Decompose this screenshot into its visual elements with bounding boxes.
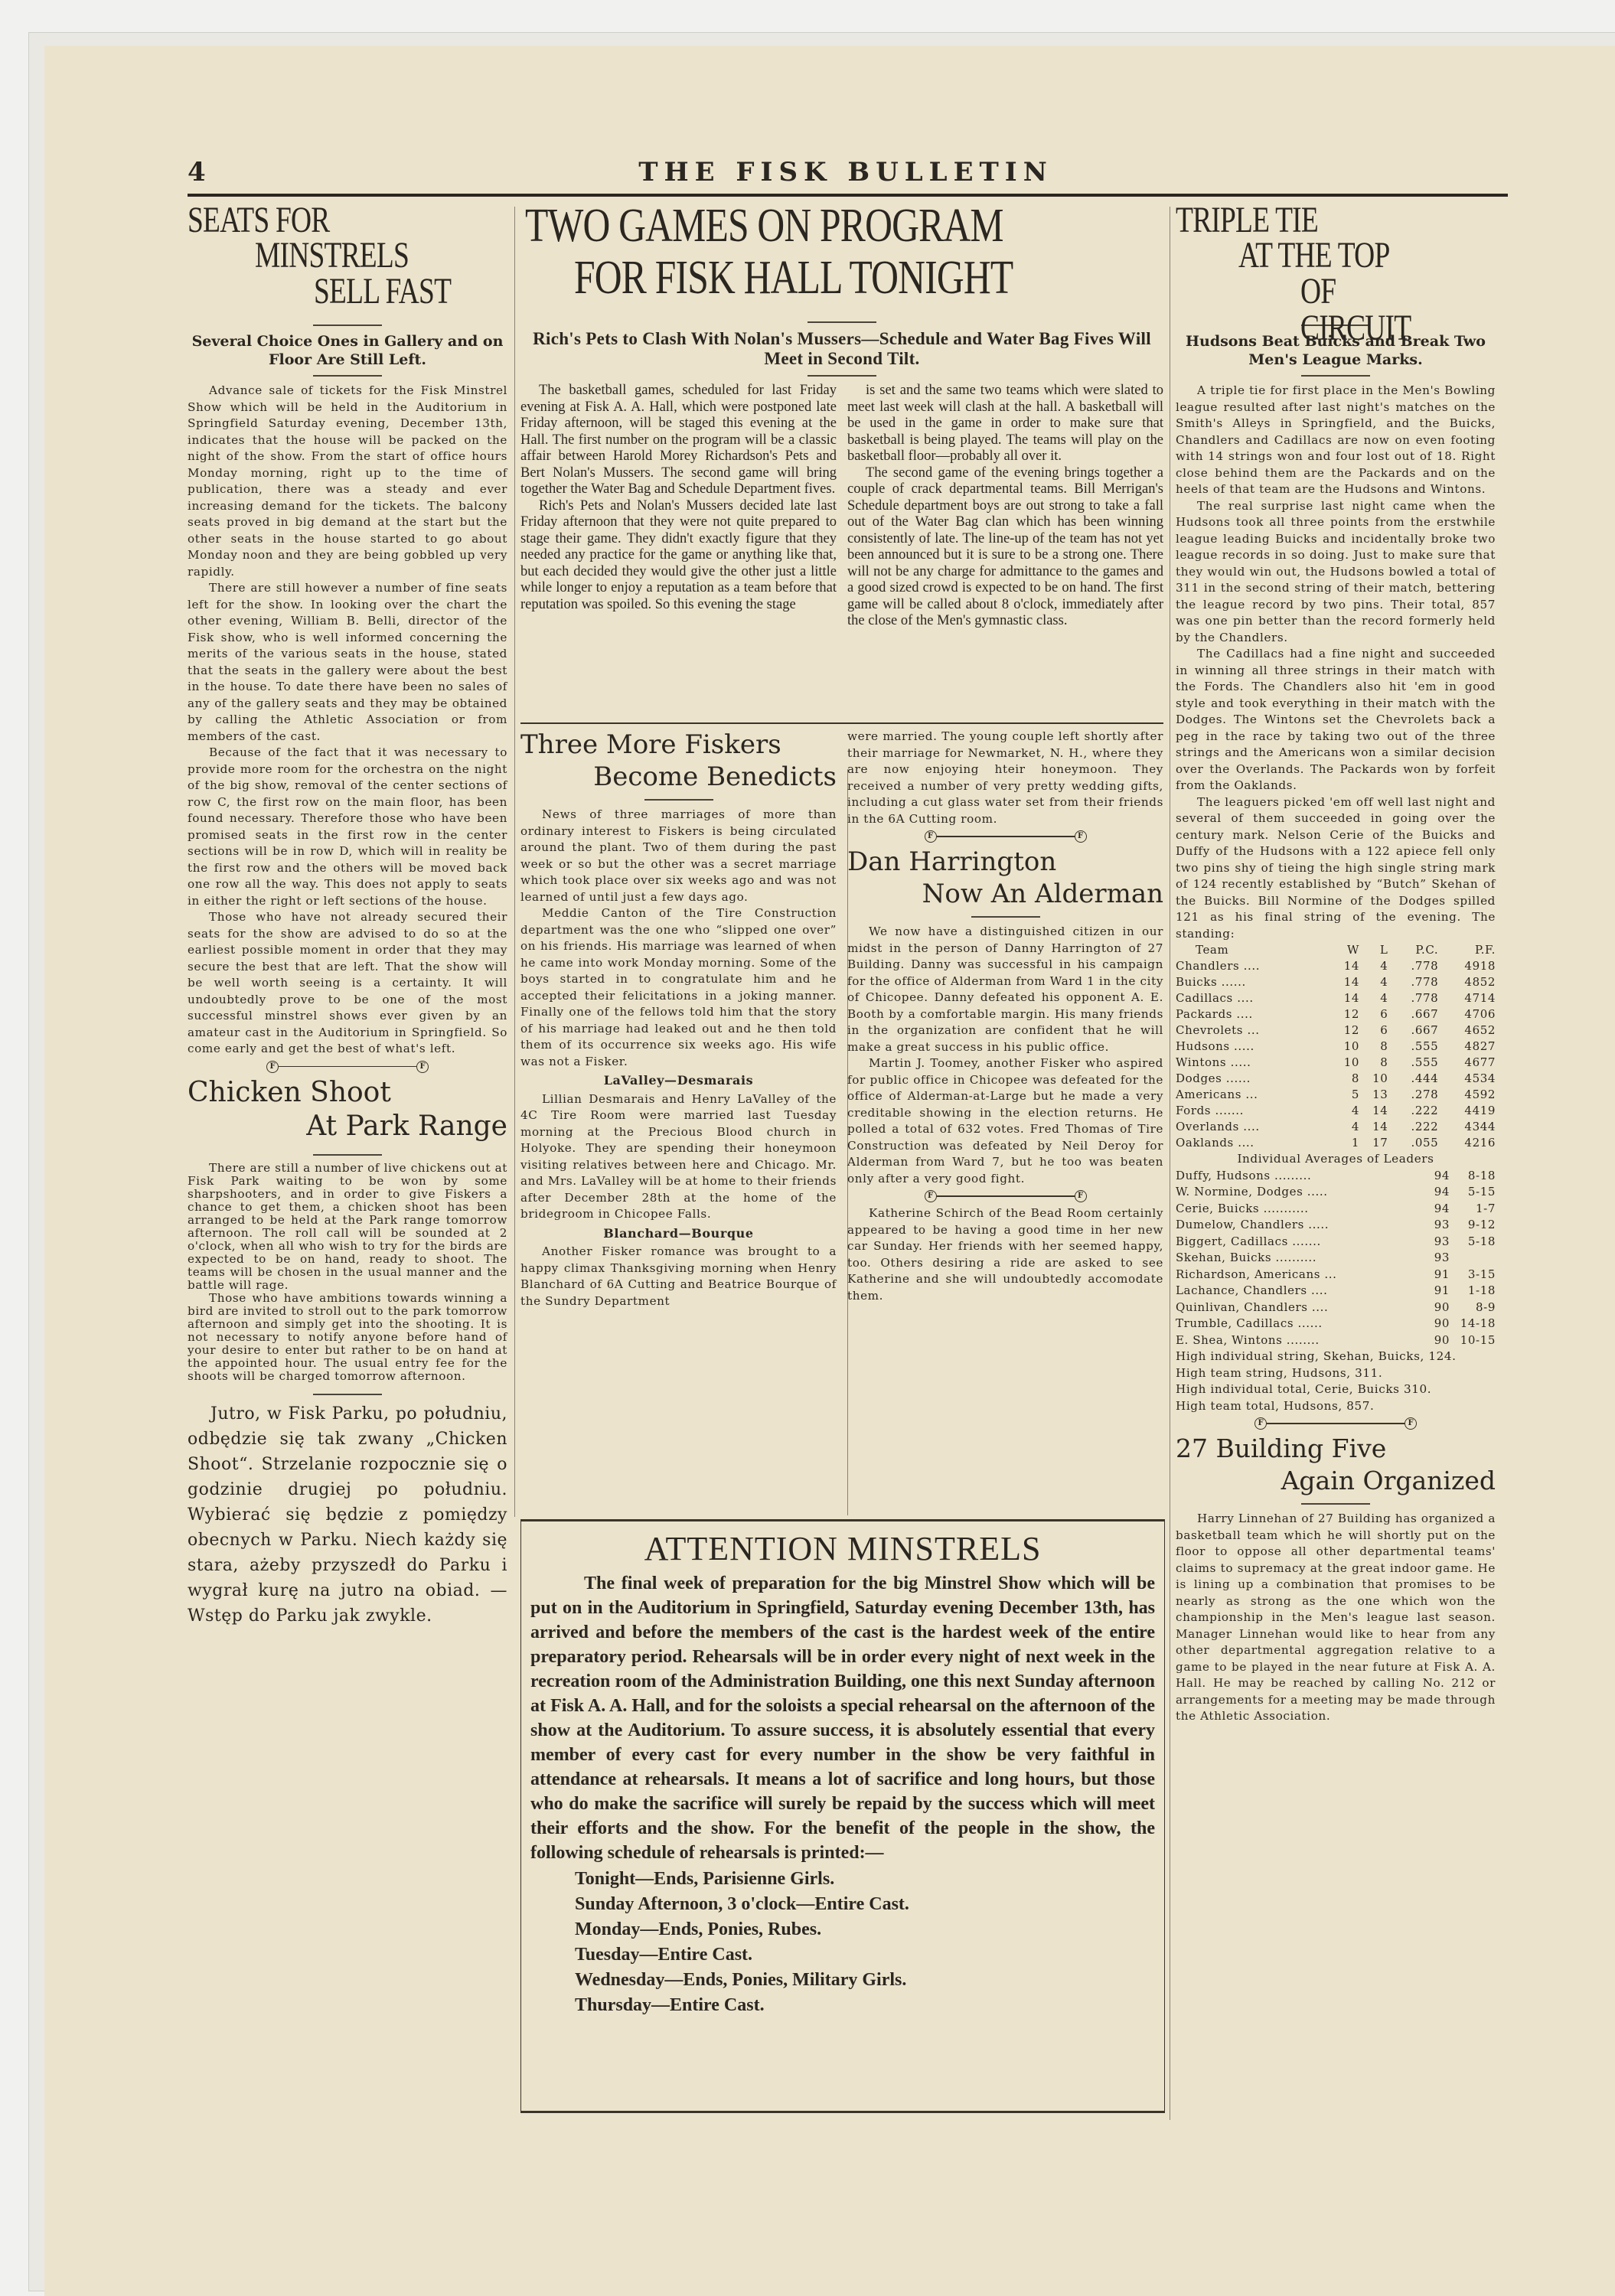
stat-cell: 12	[1331, 1006, 1359, 1022]
stat-cell: 10	[1359, 1071, 1388, 1087]
stat-cell: 5-18	[1450, 1234, 1496, 1251]
stat-cell: .778	[1388, 958, 1438, 974]
stat-cell: 4	[1331, 1103, 1359, 1119]
column-minstrel-seats: SEATS FOR MINSTRELS SELL FAST Several Ch…	[188, 201, 507, 1629]
paragraph: News of three marriages of more than ord…	[520, 807, 837, 905]
averages-title: Individual Averages of Leaders	[1176, 1151, 1496, 1168]
record-item: High team total, Hudsons, 857.	[1176, 1398, 1496, 1415]
f-ornament-icon: F	[1075, 830, 1087, 843]
stat-cell: 3-15	[1450, 1267, 1496, 1283]
headline-line: Now An Alderman	[847, 878, 1163, 910]
rule	[313, 1154, 382, 1156]
column-header: P.C.	[1388, 942, 1438, 958]
team-name: Hudsons .....	[1176, 1039, 1331, 1055]
stat-cell: 10	[1331, 1039, 1359, 1055]
paragraph: The leaguers picked 'em off well last ni…	[1176, 794, 1496, 943]
stat-cell: 6	[1359, 1006, 1388, 1022]
headline-two-games: TWO GAMES ON PROGRAM FOR FISK HALL TONIG…	[520, 201, 1163, 308]
headline-line: Three More Fiskers	[520, 729, 837, 761]
paragraph: Rich's Pets and Nolan's Mussers decided …	[520, 498, 837, 614]
table-row: W. Normine, Dodges .....945-15	[1176, 1184, 1496, 1201]
box-body: The final week of preparation for the bi…	[521, 1568, 1164, 1865]
stat-cell: 4677	[1438, 1055, 1496, 1071]
headline-line: SELL FAST	[314, 273, 451, 310]
table-row: Duffy, Hudsons .........948-18	[1176, 1168, 1496, 1185]
article-body: There are still a number of live chicken…	[188, 1162, 507, 1383]
headline-seats: SEATS FOR MINSTRELS SELL FAST	[188, 201, 507, 308]
section-rule	[520, 722, 1163, 724]
paragraph: Meddie Canton of the Tire Construction d…	[520, 905, 837, 1070]
paragraph: The second game of the evening brings to…	[847, 465, 1163, 630]
rule	[1301, 1503, 1370, 1505]
story-benedicts: Three More Fiskers Become Benedicts News…	[520, 729, 837, 1309]
stat-cell: 4	[1359, 974, 1388, 990]
stat-cell: 9-12	[1450, 1217, 1496, 1234]
stat-cell: 10	[1331, 1055, 1359, 1071]
team-name: Packards ....	[1176, 1006, 1331, 1022]
schedule-item: Thursday—Entire Cast.	[575, 1993, 1164, 2018]
averages-table: Duffy, Hudsons .........948-18W. Normine…	[1176, 1168, 1496, 1349]
paragraph: Another Fisker romance was brought to a …	[520, 1244, 837, 1309]
team-name: Chevrolets ...	[1176, 1022, 1331, 1039]
rule	[971, 916, 1040, 918]
article-body: were married. The young couple left shor…	[847, 729, 1163, 827]
stat-cell: 5	[1331, 1087, 1359, 1103]
stat-cell: 4827	[1438, 1039, 1496, 1055]
stat-cell: 93	[1426, 1234, 1450, 1251]
f-separator: FF	[847, 830, 1163, 843]
bowler-name: Lachance, Chandlers ....	[1176, 1283, 1426, 1300]
headline-line: MINSTRELS	[255, 237, 409, 274]
column-header: P.F.	[1438, 942, 1496, 958]
stat-cell: 8	[1331, 1071, 1359, 1087]
record-item: High team string, Hudsons, 311.	[1176, 1365, 1496, 1382]
table-row: Richardson, Americans ...913-15	[1176, 1267, 1496, 1283]
stat-cell: 4	[1359, 990, 1388, 1006]
stat-cell: 8	[1359, 1039, 1388, 1055]
column-lead-story: TWO GAMES ON PROGRAM FOR FISK HALL TONIG…	[520, 201, 1163, 1309]
table-row: Cadillacs ....144.7784714	[1176, 990, 1496, 1006]
f-ornament-icon: F	[925, 830, 937, 843]
rule	[807, 321, 876, 323]
team-name: Fords .......	[1176, 1103, 1331, 1119]
bowler-name: Cerie, Buicks ...........	[1176, 1201, 1426, 1218]
table-row: Chevrolets ...126.6674652	[1176, 1022, 1496, 1039]
stat-cell: 5-15	[1450, 1184, 1496, 1201]
stat-cell: 4	[1359, 958, 1388, 974]
standings-table: Team W L P.C. P.F. Chandlers ....144.778…	[1176, 942, 1496, 1151]
headline-benedicts: Three More Fiskers Become Benedicts	[520, 729, 837, 793]
table-row: Wintons .....108.5554677	[1176, 1055, 1496, 1071]
paragraph: Advance sale of tickets for the Fisk Min…	[188, 383, 507, 580]
paragraph: Because of the fact that it was necessar…	[188, 745, 507, 909]
headline-line: Become Benedicts	[520, 761, 837, 793]
stat-cell: 4592	[1438, 1087, 1496, 1103]
paragraph: Martin J. Toomey, another Fisker who asp…	[847, 1055, 1163, 1187]
bowler-name: W. Normine, Dodges .....	[1176, 1184, 1426, 1201]
headline-27-building: 27 Building Five Again Organized	[1176, 1433, 1496, 1497]
subheadline: Several Choice Ones in Gallery and on Fl…	[188, 332, 507, 369]
article-body: A triple tie for first place in the Men'…	[1176, 383, 1496, 942]
headline-line: 27 Building Five	[1176, 1433, 1496, 1465]
headline-line: FOR FISK HALL TONIGHT	[574, 254, 1013, 302]
table-row: E. Shea, Wintons ........9010-15	[1176, 1332, 1496, 1349]
attention-minstrels-box: ATTENTION MINSTRELS The final week of pr…	[520, 1519, 1165, 2113]
paragraph: The Cadillacs had a fine night and succe…	[1176, 646, 1496, 794]
stat-cell: 4	[1331, 1119, 1359, 1135]
stat-cell: 14	[1331, 974, 1359, 990]
story-alderman: were married. The young couple left shor…	[847, 729, 1163, 1309]
rehearsal-schedule: Tonight—Ends, Parisienne Girls. Sunday A…	[521, 1867, 1164, 2018]
stat-cell: 8-18	[1450, 1168, 1496, 1185]
stat-cell: .055	[1388, 1135, 1438, 1151]
headline-alderman: Dan Harrington Now An Alderman	[847, 846, 1163, 910]
schedule-item: Tuesday—Entire Cast.	[575, 1942, 1164, 1968]
stat-cell: .222	[1388, 1103, 1438, 1119]
stat-cell: .778	[1388, 990, 1438, 1006]
paragraph: Lillian Desmarais and Henry LaValley of …	[520, 1091, 837, 1223]
stat-cell: 17	[1359, 1135, 1388, 1151]
table-row: Biggert, Cadillacs .......935-18	[1176, 1234, 1496, 1251]
article-body: Katherine Schirch of the Bead Room certa…	[847, 1205, 1163, 1304]
paragraph: Jutro, w Fisk Parku, po południu, odbędz…	[188, 1401, 507, 1629]
stat-cell	[1450, 1250, 1496, 1267]
stat-cell: 1-7	[1450, 1201, 1496, 1218]
headline-line: OF CIRCUIT	[1300, 273, 1453, 347]
stat-cell: .222	[1388, 1119, 1438, 1135]
f-separator: FF	[188, 1061, 507, 1073]
bowler-name: Quinlivan, Chandlers ....	[1176, 1300, 1426, 1316]
team-name: Americans ...	[1176, 1087, 1331, 1103]
stat-cell: 90	[1426, 1300, 1450, 1316]
stat-cell: 12	[1331, 1022, 1359, 1039]
table-row: Packards ....126.6674706	[1176, 1006, 1496, 1022]
table-row: Oaklands ....117.0554216	[1176, 1135, 1496, 1151]
paragraph: The basketball games, scheduled for last…	[520, 383, 837, 498]
headline-chicken-shoot: Chicken Shoot At Park Range	[188, 1076, 507, 1143]
stat-cell: 94	[1426, 1184, 1450, 1201]
team-name: Buicks ......	[1176, 974, 1331, 990]
paragraph: There are still a number of live chicken…	[188, 1162, 507, 1292]
box-title: ATTENTION MINSTRELS	[521, 1529, 1164, 1568]
team-name: Oaklands ....	[1176, 1135, 1331, 1151]
stat-cell: 4419	[1438, 1103, 1496, 1119]
stat-cell: 94	[1426, 1201, 1450, 1218]
paragraph: The final week of preparation for the bi…	[530, 1571, 1155, 1865]
paragraph: The real surprise last night came when t…	[1176, 498, 1496, 647]
stat-cell: 93	[1426, 1250, 1450, 1267]
headline-line: AT THE TOP	[1238, 237, 1389, 274]
bowler-name: Trumble, Cadillacs ......	[1176, 1316, 1426, 1332]
rule	[313, 375, 382, 377]
headline-triple-tie: TRIPLE TIE AT THE TOP OF CIRCUIT	[1176, 201, 1496, 308]
table-row: Americans ...513.2784592	[1176, 1087, 1496, 1103]
table-row: Cerie, Buicks ...........941-7	[1176, 1201, 1496, 1218]
stat-cell: .278	[1388, 1087, 1438, 1103]
f-separator: FF	[1176, 1417, 1496, 1430]
stat-cell: 14	[1359, 1103, 1388, 1119]
records-list: High individual string, Skehan, Buicks, …	[1176, 1349, 1496, 1414]
stat-cell: 94	[1426, 1168, 1450, 1185]
bowler-name: Duffy, Hudsons .........	[1176, 1168, 1426, 1185]
team-name: Overlands ....	[1176, 1119, 1331, 1135]
article-body: We now have a distinguished citizen in o…	[847, 924, 1163, 1187]
stat-cell: 90	[1426, 1332, 1450, 1349]
headline-line: TRIPLE TIE	[1176, 202, 1318, 239]
schedule-item: Wednesday—Ends, Ponies, Military Girls.	[575, 1968, 1164, 1993]
paragraph: There are still however a number of fine…	[188, 580, 507, 745]
article-body: News of three marriages of more than ord…	[520, 807, 837, 1309]
team-name: Chandlers ....	[1176, 958, 1331, 974]
article-body: The basketball games, scheduled for last…	[520, 383, 1163, 719]
headline-line: Chicken Shoot	[188, 1076, 507, 1110]
f-ornament-icon: F	[1254, 1417, 1267, 1430]
schedule-item: Tonight—Ends, Parisienne Girls.	[575, 1867, 1164, 1892]
headline-line: At Park Range	[188, 1110, 507, 1143]
lower-stories: Three More Fiskers Become Benedicts News…	[520, 729, 1163, 1309]
f-ornament-icon: F	[416, 1061, 429, 1073]
paragraph: Those who have ambitions towards winning…	[188, 1292, 507, 1383]
stat-cell: 8-9	[1450, 1300, 1496, 1316]
headline-line: TWO GAMES ON PROGRAM	[525, 202, 1003, 249]
table-row: Skehan, Buicks ..........93	[1176, 1250, 1496, 1267]
subsection-head: LaValley—Desmarais	[520, 1072, 837, 1089]
f-ornament-icon: F	[1075, 1190, 1087, 1202]
stat-cell: .444	[1388, 1071, 1438, 1087]
f-ornament-icon: F	[925, 1190, 937, 1202]
stat-cell: 13	[1359, 1087, 1388, 1103]
subheadline: Rich's Pets to Clash With Nolan's Musser…	[520, 329, 1163, 369]
rule	[313, 1394, 382, 1395]
paragraph: We now have a distinguished citizen in o…	[847, 924, 1163, 1055]
stat-cell: 91	[1426, 1283, 1450, 1300]
f-ornament-icon: F	[266, 1061, 279, 1073]
masthead: 4 THE FISK BULLETIN	[188, 157, 1504, 195]
table-row: Overlands ....414.2224344	[1176, 1119, 1496, 1135]
f-ornament-icon: F	[1405, 1417, 1417, 1430]
f-separator: FF	[847, 1190, 1163, 1202]
stat-cell: 6	[1359, 1022, 1388, 1039]
table-row: Chandlers ....144.7784918	[1176, 958, 1496, 974]
stat-cell: 91	[1426, 1267, 1450, 1283]
table-row: Quinlivan, Chandlers ....908-9	[1176, 1300, 1496, 1316]
schedule-item: Sunday Afternoon, 3 o'clock—Entire Cast.	[575, 1892, 1164, 1917]
stat-cell: .555	[1388, 1039, 1438, 1055]
record-item: High individual total, Cerie, Buicks 310…	[1176, 1381, 1496, 1398]
stat-cell: 93	[1426, 1217, 1450, 1234]
stat-cell: 1	[1331, 1135, 1359, 1151]
stat-cell: 8	[1359, 1055, 1388, 1071]
polish-notice: Jutro, w Fisk Parku, po południu, odbędz…	[188, 1401, 507, 1629]
rule	[1301, 375, 1370, 377]
column-header: L	[1359, 942, 1388, 958]
record-item: High individual string, Skehan, Buicks, …	[1176, 1349, 1496, 1365]
table-row: Fords .......414.2224419	[1176, 1103, 1496, 1119]
bowler-name: Richardson, Americans ...	[1176, 1267, 1426, 1283]
article-body: Advance sale of tickets for the Fisk Min…	[188, 383, 507, 1058]
publication-title: THE FISK BULLETIN	[188, 157, 1504, 188]
bowler-name: E. Shea, Wintons ........	[1176, 1332, 1426, 1349]
table-row: Hudsons .....108.5554827	[1176, 1039, 1496, 1055]
stat-cell: 4534	[1438, 1071, 1496, 1087]
table-row: Lachance, Chandlers ....911-18	[1176, 1283, 1496, 1300]
stat-cell: 14	[1331, 990, 1359, 1006]
table-row: Trumble, Cadillacs ......9014-18	[1176, 1316, 1496, 1332]
bowler-name: Biggert, Cadillacs .......	[1176, 1234, 1426, 1251]
team-name: Cadillacs ....	[1176, 990, 1331, 1006]
stat-cell: 4652	[1438, 1022, 1496, 1039]
article-body: Harry Linnehan of 27 Building has organi…	[1176, 1511, 1496, 1725]
stat-cell: 14	[1331, 958, 1359, 974]
rule	[313, 325, 382, 326]
stat-cell: 4706	[1438, 1006, 1496, 1022]
table-row: Dodges ......810.4444534	[1176, 1071, 1496, 1087]
schedule-item: Monday—Ends, Ponies, Rubes.	[575, 1917, 1164, 1942]
stat-cell: 4216	[1438, 1135, 1496, 1151]
stat-cell: 90	[1426, 1316, 1450, 1332]
stat-cell: 10-15	[1450, 1332, 1496, 1349]
column-divider	[514, 207, 515, 1517]
stat-cell: 1-18	[1450, 1283, 1496, 1300]
stat-cell: 14-18	[1450, 1316, 1496, 1332]
paragraph: A triple tie for first place in the Men'…	[1176, 383, 1496, 498]
stat-cell: .555	[1388, 1055, 1438, 1071]
paragraph: Harry Linnehan of 27 Building has organi…	[1176, 1511, 1496, 1725]
stat-cell: 4918	[1438, 958, 1496, 974]
stat-cell: .778	[1388, 974, 1438, 990]
table-row: Buicks ......144.7784852	[1176, 974, 1496, 990]
column-divider	[1170, 207, 1170, 2120]
stat-cell: .667	[1388, 1022, 1438, 1039]
rule	[644, 799, 713, 801]
team-name: Wintons .....	[1176, 1055, 1331, 1071]
headline-line: Again Organized	[1176, 1465, 1496, 1497]
table-row: Dumelow, Chandlers .....939-12	[1176, 1217, 1496, 1234]
headline-line: SEATS FOR	[188, 202, 329, 239]
masthead-rule	[188, 194, 1508, 197]
stat-cell: 14	[1359, 1119, 1388, 1135]
paragraph: were married. The young couple left shor…	[847, 729, 1163, 827]
headline-line: Dan Harrington	[847, 846, 1163, 878]
rule	[807, 375, 876, 377]
bowler-name: Skehan, Buicks ..........	[1176, 1250, 1426, 1267]
paragraph: is set and the same two teams which were…	[847, 383, 1163, 465]
paragraph: Katherine Schirch of the Bead Room certa…	[847, 1205, 1163, 1304]
stat-cell: 4344	[1438, 1119, 1496, 1135]
column-bowling: TRIPLE TIE AT THE TOP OF CIRCUIT Hudsons…	[1176, 201, 1496, 1725]
table-header-row: Team W L P.C. P.F.	[1176, 942, 1496, 958]
paragraph: Those who have not already secured their…	[188, 909, 507, 1058]
stat-cell: .667	[1388, 1006, 1438, 1022]
stat-cell: 4714	[1438, 990, 1496, 1006]
subsection-head: Blanchard—Bourque	[520, 1225, 837, 1242]
column-header: W	[1331, 942, 1359, 958]
team-name: Dodges ......	[1176, 1071, 1331, 1087]
column-header: Team	[1176, 942, 1331, 958]
stat-cell: 4852	[1438, 974, 1496, 990]
bowler-name: Dumelow, Chandlers .....	[1176, 1217, 1426, 1234]
